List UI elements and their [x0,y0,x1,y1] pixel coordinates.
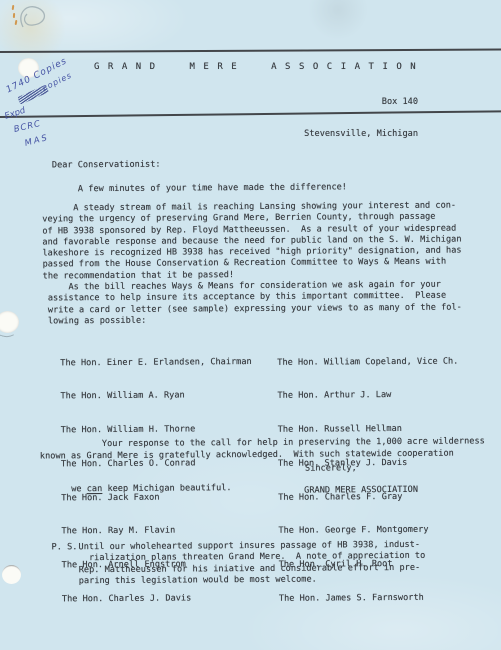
underlined-word-can: can [87,484,103,494]
signature-org-name: GRAND MERE ASSOCIATION [304,485,418,497]
recipient-name: The Hon. Charles J. Davis [62,593,254,606]
recipient-name: The Hon. Ray M. Flavin [61,525,253,538]
letter-body: Dear Conservationist: A few minutes of y… [0,0,501,650]
recipient-name: The Hon. James S. Farnsworth [279,593,460,606]
paragraph-thanks-final-pre: we [71,484,87,494]
closing: Sincerely, [305,463,357,475]
paragraph-thanks-final-post: keep Michigan beautiful. [102,483,231,494]
recipient-name: The Hon. William A. Ryan [60,390,252,403]
paragraph-request: As the bill reaches Ways & Means for con… [48,280,462,328]
postscript-text: Until our wholehearted support insures p… [79,540,426,587]
paragraph-intro: A few minutes of your time have made the… [52,182,347,195]
recipient-name: The Hon. Arthur J. Law [277,390,458,403]
paragraph-bill-status: A steady stream of mail is reaching Lans… [42,201,462,283]
recipient-name: The Hon. William Copeland, Vice Ch. [277,356,458,369]
scanned-letter-page: GRAND MERE ASSOCIATION Box 140 Stevensvi… [0,0,501,650]
recipient-name: The Hon. George F. Montgomery [278,525,459,538]
recipient-name: The Hon. Einer E. Erlandsen, Chairman [60,356,252,369]
paragraph-thanks: Your response to the call for help in pr… [40,425,486,507]
salutation: Dear Conservationist: [52,160,161,172]
paragraph-thanks-lines: Your response to the call for help in pr… [40,437,485,461]
postscript-label: P. S. [52,542,78,553]
